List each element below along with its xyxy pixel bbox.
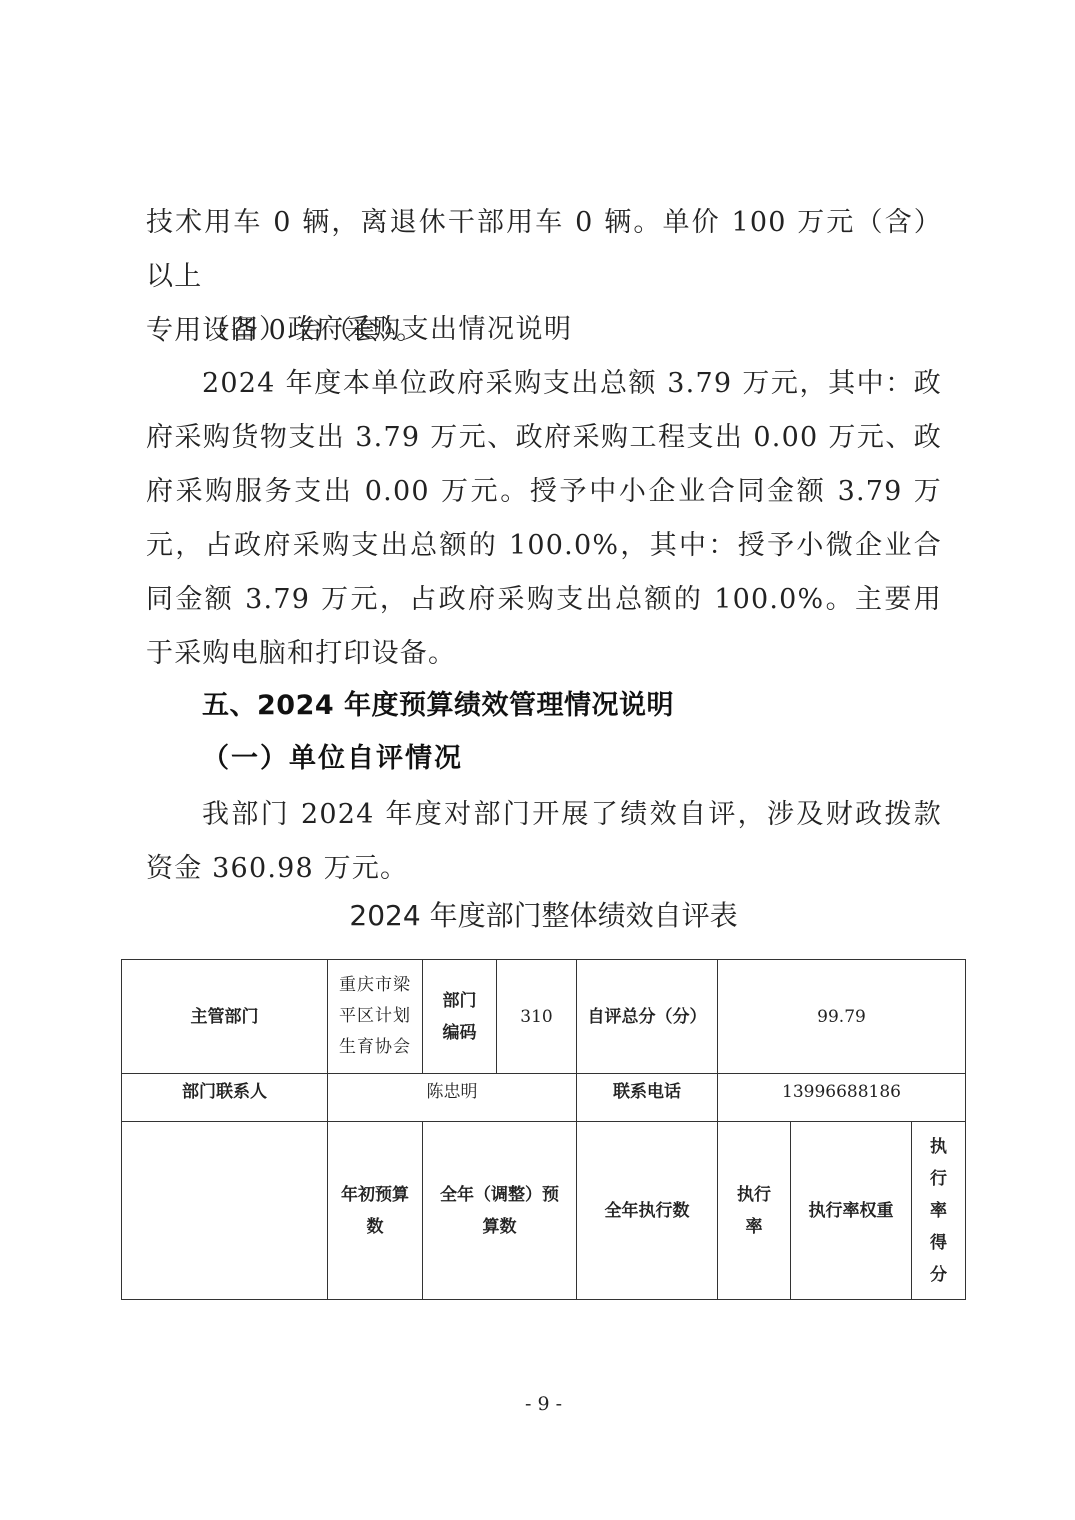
section-5-heading: 五、2024 年度预算绩效管理情况说明 (202, 686, 674, 726)
code-label: 部门编码 (423, 960, 497, 1074)
rate-weight-header: 执行率权重 (791, 1122, 912, 1300)
phone-label: 联系电话 (577, 1074, 718, 1122)
annual-execution-header: 全年执行数 (577, 1122, 718, 1300)
code-value: 310 (497, 960, 577, 1074)
table-row-contact: 部门联系人 陈忠明 联系电话 13996688186 (122, 1074, 966, 1122)
document-page: 技术用车 0 辆，离退休干部用车 0 辆。单价 100 万元（含）以上 专用设备… (0, 0, 1075, 1520)
contact-label: 部门联系人 (122, 1074, 328, 1122)
initial-budget-header: 年初预算数 (328, 1122, 423, 1300)
contact-value: 陈忠明 (328, 1074, 577, 1122)
score-label: 自评总分（分） (577, 960, 718, 1074)
section-4-heading: （四）政府采购支出情况说明 (202, 310, 573, 350)
dept-label: 主管部门 (122, 960, 328, 1074)
execution-rate-header: 执行率 (718, 1122, 791, 1300)
paragraph-self-evaluation: 我部门 2024 年度对部门开展了绩效自评，涉及财政拨款资金 360.98 万元… (146, 788, 942, 896)
table-row-budget-header: 年初预算数 全年（调整）预算数 全年执行数 执行率 执行率权重 执行率得分 (122, 1122, 966, 1300)
page-number: - 9 - (0, 1392, 1075, 1416)
rate-score-header: 执行率得分 (912, 1122, 966, 1300)
table-title: 2024 年度部门整体绩效自评表 (0, 896, 1075, 936)
section-5-1-heading: （一）单位自评情况 (202, 739, 463, 779)
dept-value: 重庆市梁平区计划生育协会 (328, 960, 423, 1074)
phone-value: 13996688186 (718, 1074, 966, 1122)
paragraph-procurement: 2024 年度本单位政府采购支出总额 3.79 万元，其中：政府采购货物支出 3… (146, 357, 942, 681)
blank-cell (122, 1122, 328, 1300)
performance-self-evaluation-table: 主管部门 重庆市梁平区计划生育协会 部门编码 310 自评总分（分） 99.79… (121, 959, 966, 1300)
paragraph-vehicles-line1: 技术用车 0 辆，离退休干部用车 0 辆。单价 100 万元（含）以上 (146, 207, 942, 292)
table-row-department: 主管部门 重庆市梁平区计划生育协会 部门编码 310 自评总分（分） 99.79 (122, 960, 966, 1074)
adjusted-budget-header: 全年（调整）预算数 (423, 1122, 577, 1300)
score-value: 99.79 (718, 960, 966, 1074)
